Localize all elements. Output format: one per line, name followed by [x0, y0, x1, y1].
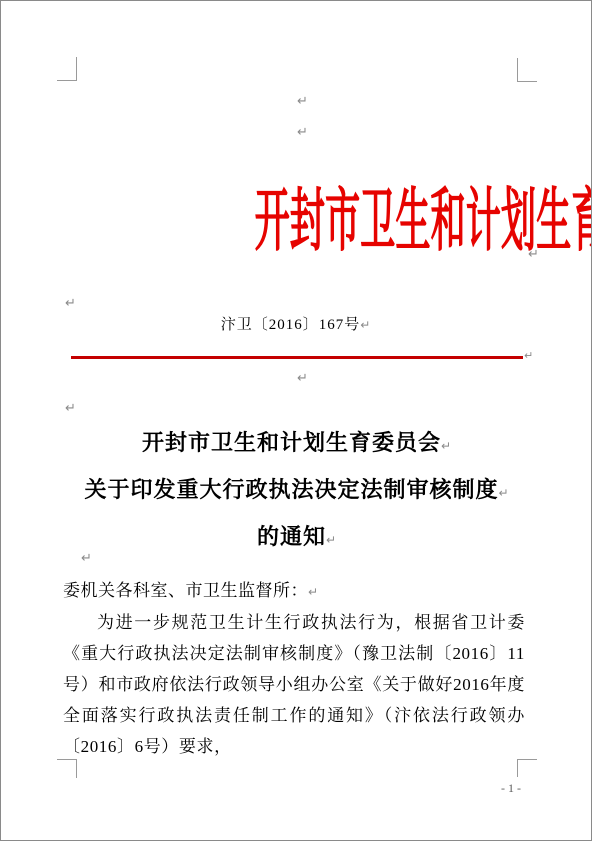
paragraph-mark-icon: ↵: [326, 533, 337, 547]
paragraph-mark-icon: ↵: [524, 349, 533, 362]
paragraph-mark-icon: ↵: [498, 486, 509, 500]
salutation-line: 委机关各科室、市卫生监督所：↵: [63, 580, 529, 603]
red-rule: [71, 356, 523, 359]
paragraph-mark-icon: ↵: [65, 297, 76, 310]
crop-mark-top-right-icon: [517, 58, 537, 82]
document-title-line: 的通知↵: [41, 515, 553, 562]
paragraph-mark-icon: ↵: [297, 126, 308, 139]
masthead: 开封市卫生和计划生育委员会文件: [1, 179, 591, 263]
document-title-text: 开封市卫生和计划生育委员会: [142, 430, 441, 455]
document-title-line: 开封市卫生和计划生育委员会↵: [41, 421, 553, 468]
document-title-line: 关于印发重大行政执法决定法制审核制度↵: [41, 468, 553, 515]
paragraph-mark-icon: ↵: [441, 439, 452, 453]
paragraph-mark-icon: ↵: [297, 372, 308, 385]
document-title: 开封市卫生和计划生育委员会↵ 关于印发重大行政执法决定法制审核制度↵ 的通知↵: [41, 421, 553, 562]
paragraph-mark-icon: ↵: [81, 552, 92, 565]
paragraph-mark-icon: ↵: [297, 95, 308, 108]
document-title-text: 的通知: [257, 524, 326, 549]
paragraph-mark-icon: ↵: [65, 402, 76, 415]
document-title-text: 关于印发重大行政执法决定法制审核制度: [84, 477, 498, 502]
document-page: ↵ ↵ 开封市卫生和计划生育委员会文件 ↵ ↵ 汴卫〔2016〕167号↵ ↵ …: [0, 0, 592, 841]
document-number: 汴卫〔2016〕167号: [221, 317, 361, 333]
paragraph-mark-icon: ↵: [308, 585, 319, 599]
masthead-title: 开封市卫生和计划生育委员会文件: [255, 179, 592, 263]
crop-mark-top-left-icon: [57, 57, 77, 81]
body-paragraph: 为进一步规范卫生计生行政执法行为，根据省卫计委《重大行政执法决定法制审核制度》（…: [63, 607, 525, 762]
document-number-line: 汴卫〔2016〕167号↵: [1, 315, 591, 335]
salutation-text: 委机关各科室、市卫生监督所：: [63, 581, 308, 600]
paragraph-mark-icon: ↵: [360, 318, 371, 332]
page-number: - 1 -: [449, 781, 521, 796]
paragraph-mark-icon: ↵: [528, 248, 539, 261]
